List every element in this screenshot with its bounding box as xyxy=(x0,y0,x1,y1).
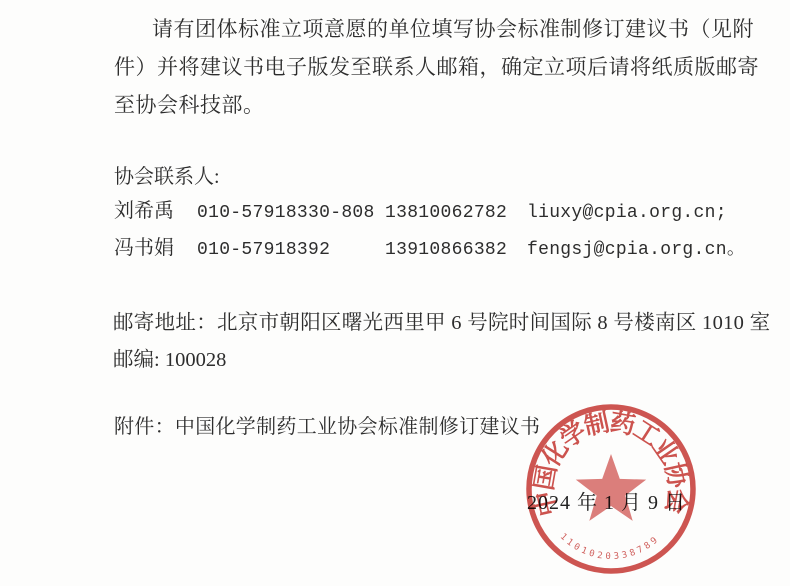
contact-phone: 010-57918392 xyxy=(197,240,385,260)
contacts-label: 协会联系人: xyxy=(114,160,220,189)
contact-mobile: 13810062782 xyxy=(385,203,527,223)
paragraph-line: 请有团体标准立项意愿的单位填写协会标准制修订建议书（见附 xyxy=(114,10,710,48)
contact-email: liuxy@cpia.org.cn; xyxy=(527,203,727,223)
paragraph-line: 件）并将建议书电子版发至联系人邮箱，确定立项后请将纸质版邮寄 xyxy=(114,48,710,86)
contact-row: 刘希禹 010-57918330-808 13810062782 liuxy@c… xyxy=(114,194,714,223)
seal-code-text: 1101020338789 xyxy=(558,532,663,562)
mailing-address-line: 邮寄地址：北京市朝阳区曙光西里甲 6 号院时间国际 8 号楼南区 1010 室 xyxy=(113,305,770,335)
contact-email: fengsj@cpia.org.cn。 xyxy=(527,234,745,260)
paragraph-line: 至协会科技部。 xyxy=(114,86,710,124)
intro-paragraph: 请有团体标准立项意愿的单位填写协会标准制修订建议书（见附 件）并将建议书电子版发… xyxy=(114,10,710,124)
postal-code-line: 邮编: 100028 xyxy=(113,342,226,372)
contact-mobile: 13910866382 xyxy=(385,240,527,260)
issue-date: 2024 年 1 月 9 日 xyxy=(527,486,686,515)
scanned-letter-page: 请有团体标准立项意愿的单位填写协会标准制修订建议书（见附 件）并将建议书电子版发… xyxy=(0,0,790,586)
contact-name: 刘希禹 xyxy=(114,194,197,223)
contact-row: 冯书娟 010-57918392 13910866382 fengsj@cpia… xyxy=(114,231,714,260)
attachment-line: 附件：中国化学制药工业协会标准制修订建议书 xyxy=(114,410,540,439)
contact-name: 冯书娟 xyxy=(114,231,197,260)
contact-phone: 010-57918330-808 xyxy=(197,203,385,223)
